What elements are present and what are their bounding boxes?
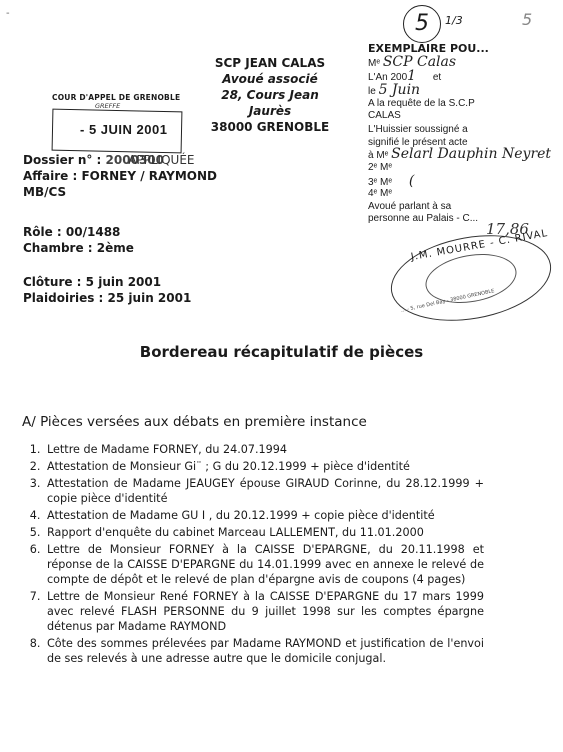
dossier-line: Dossier n° : 2000300 APPLIQUÉE (23, 152, 195, 168)
sender-city: 38000 GRENOBLE (200, 119, 340, 135)
bailiff-suffix: et (433, 72, 441, 83)
list-item: Attestation de Madame JEAUGEY épouse GIR… (44, 476, 484, 506)
bailiff-line: à Mᵉ Selarl Dauphin Neyret (368, 148, 551, 162)
bailiff-label: 3ᵉ Mᵉ (368, 177, 392, 188)
dossier-label: Dossier n° : (23, 153, 101, 167)
plaidoiries-line: Plaidoiries : 25 juin 2001 (23, 290, 191, 306)
court-stamp-title: COUR D'APPEL DE GRENOBLE (52, 93, 180, 102)
affaire-value: FORNEY / RAYMOND (81, 169, 217, 183)
sender-firm: SCP JEAN CALAS (200, 55, 340, 71)
bailiff-line: 3ᵉ Mᵉ ( (368, 175, 414, 189)
sender-street: 28, Cours Jean Jaurès (200, 87, 340, 119)
plaidoiries-value: 25 juin 2001 (108, 291, 192, 305)
bailiff-line: personne au Palais - C... (368, 213, 478, 225)
bailiff-handwriting: Selarl Dauphin Neyret (391, 146, 551, 162)
plaidoiries-label: Plaidoiries : (23, 291, 103, 305)
document-title: Bordereau récapitulatif de pièces (0, 343, 563, 361)
affaire-label: Affaire : (23, 169, 77, 183)
list-item: Rapport d'enquête du cabinet Marceau LAL… (44, 525, 484, 540)
role-line: Rôle : 00/1488 (23, 224, 120, 240)
list-item: Lettre de Monsieur FORNEY à la CAISSE D'… (44, 542, 484, 587)
list-item: Attestation de Madame GU I , du 20.12.19… (44, 508, 484, 523)
list-item: Côte des sommes prélevées par Madame RAY… (44, 636, 484, 666)
bailiff-line: 2ᵉ Mᵉ (368, 162, 392, 174)
circled-page-number: 5 (403, 5, 441, 43)
bailiff-label: à Mᵉ (368, 150, 388, 161)
exhibit-list: Lettre de Madame FORNEY, du 24.07.1994 A… (22, 442, 484, 668)
sender-block: SCP JEAN CALAS Avoué associé 28, Cours J… (200, 55, 340, 135)
bailiff-line: CALAS (368, 110, 401, 122)
margin-number: 5 (522, 10, 532, 29)
bailiff-line: A la requête de la S.C.P (368, 98, 475, 110)
reference: MB/CS (23, 184, 66, 200)
cloture-line: Clôture : 5 juin 2001 (23, 274, 161, 290)
role-value: 00/1488 (66, 225, 120, 239)
bailiff-line: Avoué parlant à sa (368, 201, 451, 213)
bailiff-line: 4ᵉ Mᵉ (368, 188, 392, 200)
bailiff-label: le (368, 86, 376, 97)
cloture-value: 5 juin 2001 (86, 275, 161, 289)
bailiff-handwriting: SCP Calas (383, 54, 456, 70)
affaire-line: Affaire : FORNEY / RAYMOND (23, 168, 217, 184)
bailiff-handwriting: ( (409, 173, 414, 189)
applique-stamp: APPLIQUÉE (128, 153, 194, 167)
bailiff-line: L'Huissier soussigné a (368, 124, 468, 136)
page-fraction: 1/3 (445, 14, 463, 27)
role-label: Rôle : (23, 225, 62, 239)
chambre-value: 2ème (97, 241, 134, 255)
corner-mark: - (6, 8, 10, 19)
chambre-line: Chambre : 2ème (23, 240, 134, 256)
list-item: Attestation de Monsieur Gi¨ ; G du 20.12… (44, 459, 484, 474)
sender-role: Avoué associé (200, 71, 340, 87)
cloture-label: Clôture : (23, 275, 81, 289)
list-item: Lettre de Monsieur René FORNEY à la CAIS… (44, 589, 484, 634)
bailiff-handwriting: 5 Juin (379, 82, 420, 98)
chambre-label: Chambre : (23, 241, 93, 255)
bailiff-line: le 5 Juin (368, 84, 420, 98)
section-heading: A/ Pièces versées aux débats en première… (22, 414, 367, 430)
court-stamp-date: - 5 JUIN 2001 (80, 122, 167, 137)
list-item: Lettre de Madame FORNEY, du 24.07.1994 (44, 442, 484, 457)
bailiff-label: Mᵉ (368, 58, 380, 69)
